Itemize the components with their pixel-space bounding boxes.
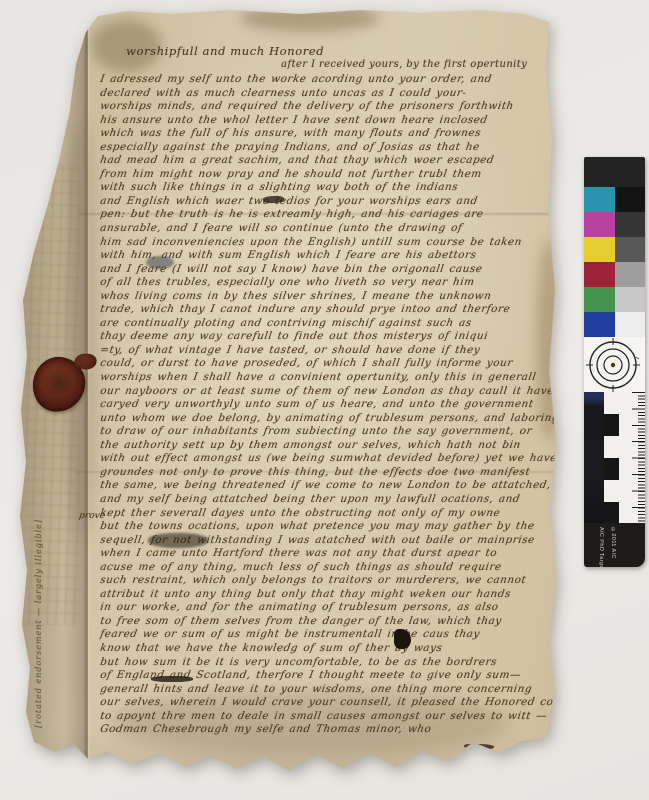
manuscript-line: the authority sett up by them amongst ou… bbox=[99, 439, 563, 453]
ruler-tick-marks bbox=[623, 392, 645, 523]
manuscript-line: generall hints and leave it to your wisd… bbox=[99, 683, 563, 697]
manuscript-line: attribut it unto any thing but only that… bbox=[99, 588, 563, 602]
manuscript-line: when I came unto Hartford there was not … bbox=[99, 547, 563, 561]
focus-target bbox=[584, 337, 645, 392]
manuscript-line: of all thes trubles, especially one who … bbox=[99, 276, 563, 290]
manuscript-line: in our worke, and for the animating of t… bbox=[99, 601, 563, 615]
manuscript-line: trade, which thay I canot indure any sho… bbox=[99, 303, 563, 317]
letter-salutation: worshipfull and much Honored bbox=[126, 44, 324, 58]
manuscript-line: and my self being attatched being ther u… bbox=[99, 493, 563, 507]
manuscript-line: our selves, wherein I would crave your c… bbox=[99, 696, 563, 710]
gray-patch bbox=[615, 237, 646, 262]
target-patch-row bbox=[584, 262, 645, 287]
ink-smudge bbox=[148, 533, 208, 548]
gray-patch bbox=[615, 262, 646, 287]
target-patch-row bbox=[584, 212, 645, 237]
scale-ruler bbox=[584, 392, 645, 523]
manuscript-line: but how sum it be it is very uncomfortab… bbox=[99, 656, 563, 670]
target-label-block: AIC PhD Target ©2011 AIC bbox=[584, 523, 645, 567]
manuscript-line: him sad inconveniencies upon the English… bbox=[99, 236, 563, 250]
ruler-dark-strip bbox=[584, 392, 604, 523]
manuscript-line: our nayboors or at least sume of them of… bbox=[99, 385, 563, 399]
manuscript-line: to free som of them selves from the dang… bbox=[99, 615, 563, 629]
ink-strikethrough bbox=[464, 743, 494, 749]
calibration-target: AIC PhD Target ©2011 AIC bbox=[584, 157, 645, 567]
manuscript-line: are continually ploting and contriving m… bbox=[99, 317, 563, 331]
manuscript-line: but the towns ocations, upon what preten… bbox=[99, 520, 563, 534]
gray-patch bbox=[615, 187, 646, 212]
manuscript-line: Godman Chesebrough my selfe and Thomas m… bbox=[99, 723, 563, 737]
ink-strikethrough bbox=[151, 676, 193, 682]
ruler-checker-bar bbox=[604, 392, 619, 523]
target-label: AIC PhD Target bbox=[598, 527, 604, 567]
photo-stage: 75 worshipfull and much Honored after I … bbox=[0, 0, 649, 800]
manuscript-line: =ty, of what vintage I have tasted, or s… bbox=[99, 344, 563, 358]
target-copyright: ©2011 AIC bbox=[610, 527, 616, 559]
manuscript-line: caryed very unworthyly unto sum of us he… bbox=[99, 398, 563, 412]
target-patch-row bbox=[584, 312, 645, 337]
manuscript-line: worships when I shall have a convinient … bbox=[99, 371, 563, 385]
manuscript-line: ansurable, and I feare will so continue … bbox=[99, 222, 563, 236]
manuscript-line: kept ther severall dayes unto the obstru… bbox=[99, 507, 563, 521]
manuscript-line: thay deeme any way carefull to finde out… bbox=[99, 330, 563, 344]
manuscript-line: pen: but the truth is he is extreamly hi… bbox=[99, 208, 563, 222]
target-patch-row bbox=[584, 287, 645, 312]
manuscript-page: 75 worshipfull and much Honored after I … bbox=[0, 0, 649, 800]
color-patch bbox=[584, 262, 615, 287]
letter-body: I adressed my self unto the worke acordi… bbox=[99, 73, 561, 737]
manuscript-line: such restraint, which only belongs to tr… bbox=[99, 574, 563, 588]
ink-blot bbox=[394, 629, 411, 649]
manuscript-line: which was the full of his ansure, with m… bbox=[99, 127, 563, 141]
gray-patch bbox=[615, 312, 646, 337]
manuscript-line: groundes not only to prove this thing, b… bbox=[99, 466, 563, 480]
paper-stain bbox=[240, 4, 380, 32]
gray-patch bbox=[615, 212, 646, 237]
manuscript-line: especially against the praying Indians, … bbox=[99, 141, 563, 155]
manuscript-line: know that we have the knowledg of sum of… bbox=[99, 642, 563, 656]
color-patch bbox=[584, 237, 615, 262]
manuscript-line: acuse me of any thing, much less of such… bbox=[99, 561, 563, 575]
manuscript-line: the same, we being threatened if we come… bbox=[99, 479, 563, 493]
color-patch bbox=[584, 212, 615, 237]
manuscript-line: from him might now pray and he should no… bbox=[99, 168, 563, 182]
manuscript-line: feared we or sum of us might be instrume… bbox=[99, 628, 563, 642]
ink-smudge bbox=[146, 256, 174, 269]
manuscript-line: whos living coms in by thes silver shrin… bbox=[99, 290, 563, 304]
manuscript-page-wrap: 75 worshipfull and much Honored after I … bbox=[0, 0, 649, 800]
color-patch bbox=[584, 287, 615, 312]
margin-note: prove bbox=[78, 511, 105, 521]
manuscript-line: and English which waer two tedios for yo… bbox=[99, 195, 563, 209]
gray-patch bbox=[615, 287, 646, 312]
manuscript-line: with such like things in a slighting way… bbox=[99, 181, 563, 195]
color-patch bbox=[584, 187, 615, 212]
manuscript-line: I adressed my self unto the worke acordi… bbox=[99, 73, 563, 87]
target-color-patches bbox=[584, 187, 645, 337]
manuscript-line: to draw of our inhabitants from subiecti… bbox=[99, 425, 563, 439]
target-patch-row bbox=[584, 187, 645, 212]
manuscript-line: unto whom we doe belong, by animating of… bbox=[99, 412, 563, 426]
manuscript-line: declared with as much clearness unto unc… bbox=[99, 87, 563, 101]
manuscript-line: with out effect amongst us (we being sum… bbox=[99, 452, 563, 466]
page-number: 75 bbox=[547, 9, 569, 30]
target-black-header bbox=[584, 157, 645, 187]
manuscript-line: worships minds, and required the deliver… bbox=[99, 100, 563, 114]
manuscript-line: could, or durst to have proseded, of whi… bbox=[99, 357, 563, 371]
manuscript-line: his ansure unto the whol letter I have s… bbox=[99, 114, 563, 128]
color-patch bbox=[584, 312, 615, 337]
bullseye-icon bbox=[584, 337, 645, 392]
manuscript-line: had mead him a great sachim, and that th… bbox=[99, 154, 563, 168]
manuscript-line: to apoynt thre men to deale in small cau… bbox=[99, 710, 563, 724]
target-patch-row bbox=[584, 237, 645, 262]
marginal-inscription: [rotated endorsement — largely illegible… bbox=[34, 618, 43, 728]
letter-opening-line: after I received yours, by the first ope… bbox=[281, 59, 527, 70]
